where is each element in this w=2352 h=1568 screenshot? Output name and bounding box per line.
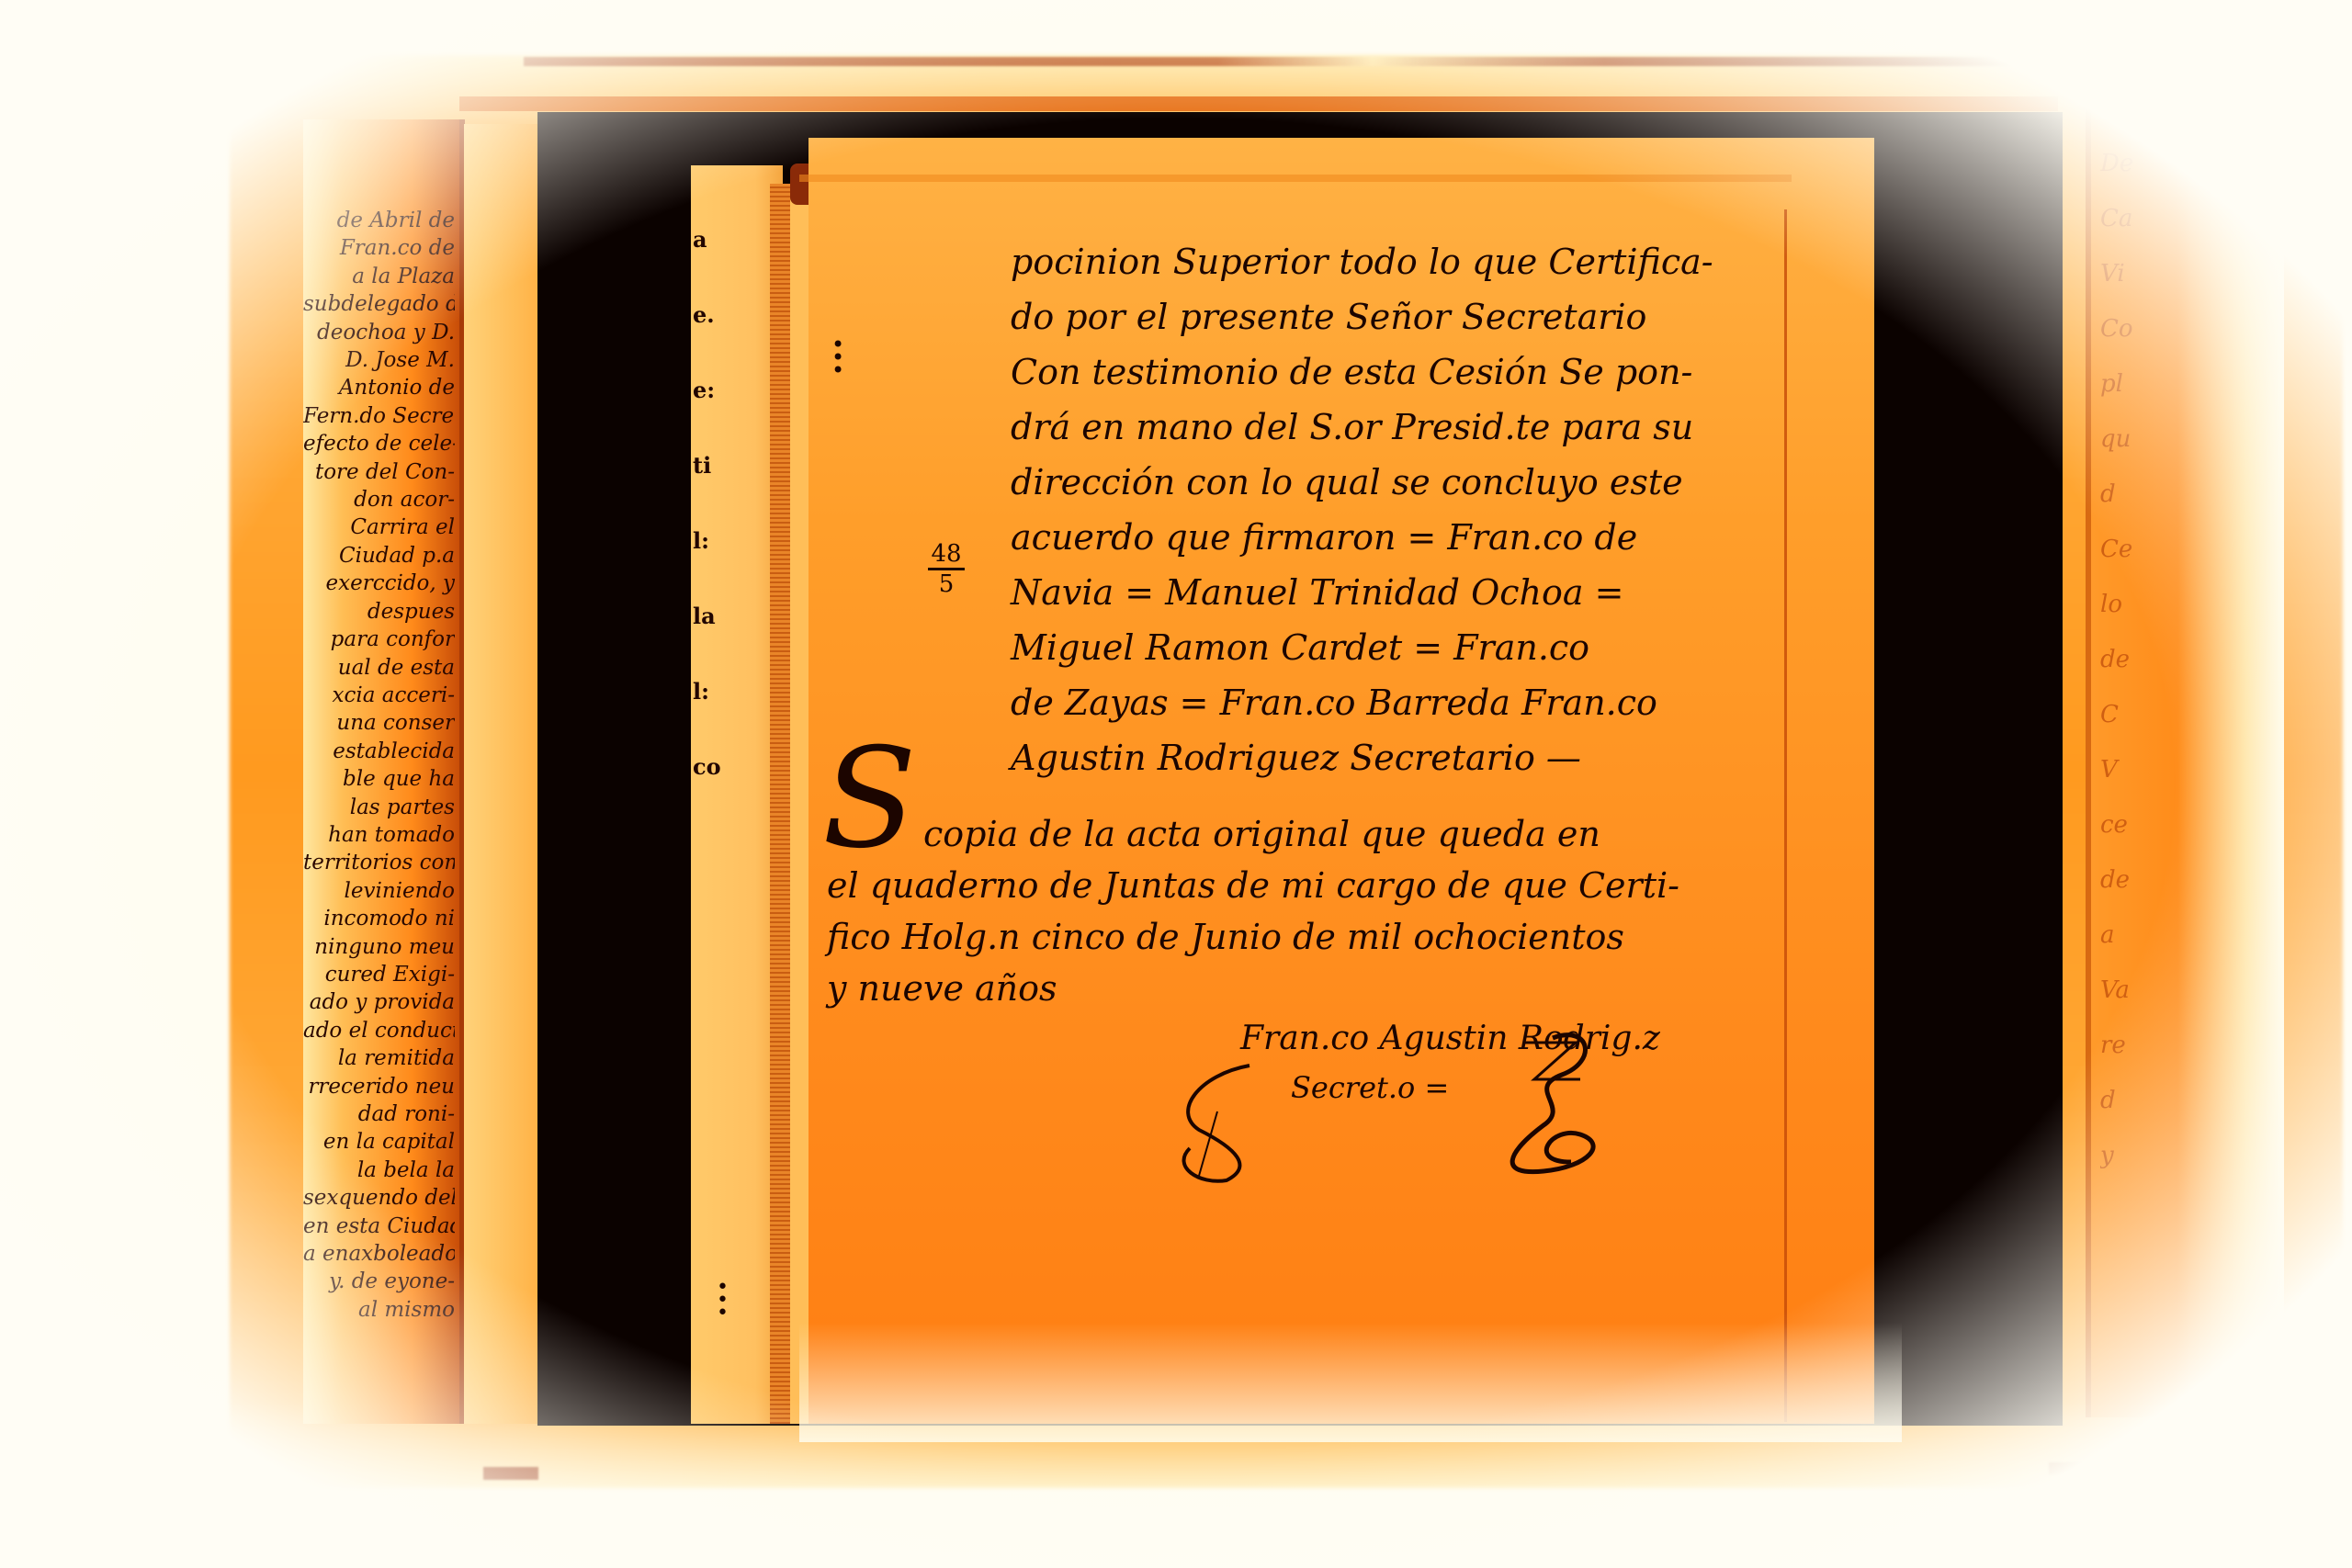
strip-mark: e: (693, 353, 720, 428)
certification-line: el quaderno de Juntas de mi cargo de que… (827, 860, 1792, 911)
body-line: Agustin Rodriguez Secretario — (1011, 730, 1801, 785)
body-line: de Zayas = Fran.co Barreda Fran.co (1011, 675, 1801, 730)
left-page-line: despues (303, 598, 455, 626)
body-line: Miguel Ramon Cardet = Fran.co (1011, 620, 1801, 675)
certification-line: y nueve años (827, 963, 1792, 1014)
right-page-line: C (2100, 687, 2284, 742)
left-page-line: de Abril de (303, 207, 455, 234)
right-page-line: de (2100, 852, 2284, 908)
strip-mark: l: (693, 654, 720, 729)
left-page-line: Ciudad p.a (303, 542, 455, 570)
strip-mark: l: (693, 503, 720, 579)
left-page-line: cured Exigi- (303, 961, 455, 988)
body-line: dirección con lo qual se concluyo este (1011, 455, 1801, 510)
left-page-margin (464, 124, 537, 1424)
left-page-line: en esta Ciudad (303, 1213, 455, 1240)
left-page-line: una conser (303, 709, 455, 737)
left-page-text: de Abril deFran.co dea la Plazasubdelega… (303, 207, 455, 1324)
left-page-line: ado el conducto (303, 1017, 455, 1044)
signature-title: Secret.o = (1291, 1070, 1449, 1105)
body-line: do por el presente Señor Secretario (1011, 289, 1801, 344)
left-page-line: rrecerido neu (303, 1073, 455, 1100)
left-page-line: ninguno meu (303, 933, 455, 961)
folio-bottom-glare (799, 1323, 1902, 1442)
left-page-line: Fern.do Secre. (303, 402, 455, 430)
right-page-line: ce (2100, 797, 2284, 852)
right-page-line: Ca (2100, 191, 2284, 246)
left-page-line: deochoa y D. (303, 319, 455, 346)
strip-mark: ti (693, 428, 720, 503)
left-page-line: en la capital (303, 1128, 455, 1156)
right-page-line: De (2100, 136, 2284, 191)
left-page-line: la remitida (303, 1044, 455, 1072)
left-page-line: ado y provida (303, 988, 455, 1016)
left-page-line: tore del Con- (303, 458, 455, 486)
previous-folio-marks: ae.e:til:lal:co (693, 202, 720, 805)
strip-mark: a (693, 202, 720, 277)
left-page-line: incomodo ni (303, 905, 455, 932)
right-page-line: d (2100, 1073, 2284, 1128)
folio-top-rule (799, 175, 1792, 182)
right-page-line: pl (2100, 356, 2284, 412)
right-page-line: lo (2100, 577, 2284, 632)
marginal-number-top: 48 (928, 540, 965, 570)
left-page-line: Carrira el (303, 513, 455, 541)
left-page-line: establecida (303, 738, 455, 765)
right-page: DeCaViCoplqudCelodeCVcedeaVaredy (2086, 108, 2284, 1417)
right-page-line: Vi (2100, 246, 2284, 301)
left-page-line: don acor- (303, 486, 455, 513)
right-page-line: Ce (2100, 522, 2284, 577)
left-page-line: subdelegado de (303, 290, 455, 318)
strip-mark: la (693, 579, 720, 654)
left-page: de Abril deFran.co dea la Plazasubdelega… (303, 119, 465, 1424)
left-page-line: al mismo (303, 1296, 455, 1324)
left-page-line: ual de esta (303, 654, 455, 682)
previous-folio-edge: ae.e:til:lal:co (691, 165, 783, 1424)
left-page-line: exerccido, y (303, 570, 455, 597)
left-page-line: territorios como (303, 849, 455, 876)
strip-dots: ••• (717, 1281, 729, 1320)
left-page-line: xcia acceri- (303, 682, 455, 709)
bottom-tab-left (483, 1467, 538, 1480)
right-page-line: qu (2100, 412, 2284, 467)
left-page-line: las partes (303, 794, 455, 821)
left-page-line: ble que ha (303, 765, 455, 793)
left-page-line: a la Plaza (303, 263, 455, 290)
frame-band (459, 96, 2058, 111)
strip-mark: co (693, 729, 720, 805)
frame-top-edge (524, 57, 2067, 66)
body-line: Navia = Manuel Trinidad Ochoa = (1011, 565, 1801, 620)
right-page-line: V (2100, 742, 2284, 797)
body-line: drá en mano del S.or Presid.te para su (1011, 400, 1801, 455)
left-page-line: Antonio de (303, 374, 455, 401)
right-page-line: Co (2100, 301, 2284, 356)
signature-rubric (1488, 1024, 1617, 1180)
marginal-number-bottom: 5 (939, 570, 955, 598)
left-page-line: sexquendo del (303, 1184, 455, 1212)
right-page-text: DeCaViCoplqudCelodeCVcedeaVaredy (2100, 136, 2284, 1183)
left-page-line: y. de eyone- (303, 1268, 455, 1295)
certification-text: copia de la acta original que queda enel… (827, 808, 1792, 1014)
left-page-line: leviniendo (303, 877, 455, 905)
right-page-line: Va (2100, 963, 2284, 1018)
left-page-line: dad roni- (303, 1100, 455, 1128)
margin-dots: ••• (831, 338, 844, 377)
certification-line: copia de la acta original que queda en (827, 808, 1792, 860)
left-page-line: D. Jose M. (303, 346, 455, 374)
body-line: Con testimonio de esta Cesión Se pon- (1011, 344, 1801, 400)
bottom-tab-right (2049, 1462, 2104, 1475)
left-page-line: la bela la (303, 1156, 455, 1184)
right-page-line: re (2100, 1018, 2284, 1073)
left-page-line: efecto de cele- (303, 430, 455, 457)
folio-binding-edge (770, 184, 790, 1424)
body-line: pocinion Superior todo lo que Certifica- (1011, 234, 1801, 289)
folio-body-text: pocinion Superior todo lo que Certifica-… (1011, 234, 1801, 785)
right-page-line: de (2100, 632, 2284, 687)
right-page-line: a (2100, 908, 2284, 963)
strip-mark: e. (693, 277, 720, 353)
left-page-line: a enaxboleado (303, 1240, 455, 1268)
body-line: acuerdo que firmaron = Fran.co de (1011, 510, 1801, 565)
left-page-line: para confor (303, 626, 455, 653)
right-page-line: y (2100, 1128, 2284, 1183)
left-page-line: han tomado (303, 821, 455, 849)
certification-line: fico Holg.n cinco de Junio de mil ochoci… (827, 911, 1792, 963)
right-page-line: d (2100, 467, 2284, 522)
left-page-line: Fran.co de (303, 234, 455, 262)
marginal-folio-number: 48 5 (928, 540, 965, 598)
